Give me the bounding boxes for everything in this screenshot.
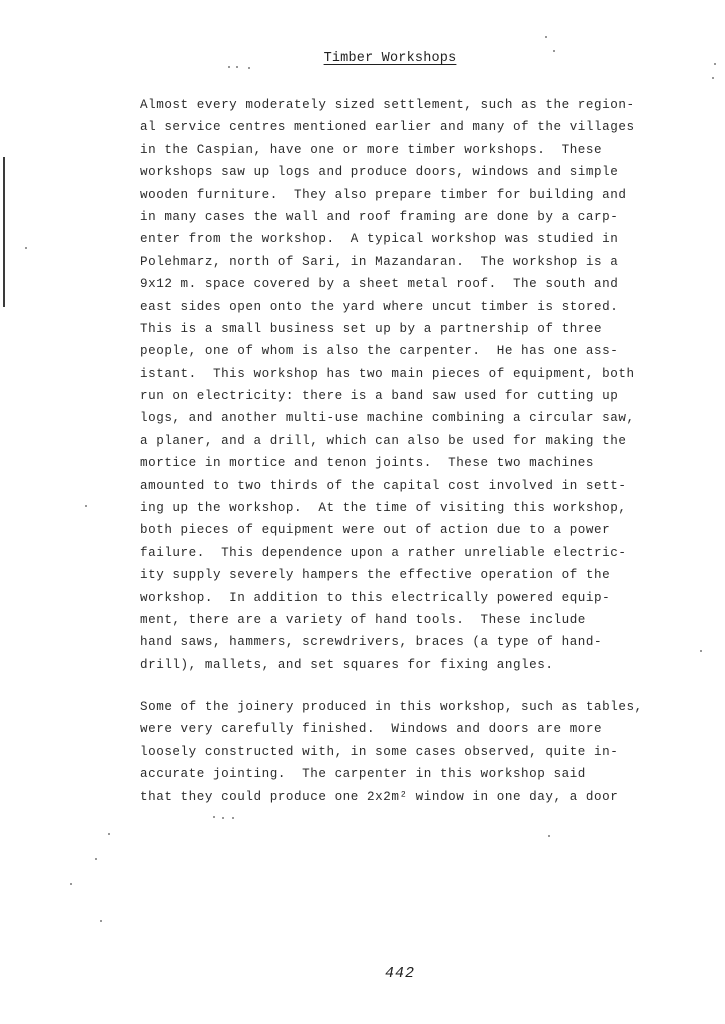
text-line: amounted to two thirds of the capital co… — [140, 475, 700, 497]
scan-speck — [95, 858, 97, 860]
scan-speck — [222, 817, 224, 819]
scan-speck — [213, 816, 215, 818]
scan-speck — [714, 63, 716, 65]
scan-speck — [85, 505, 87, 507]
text-line: failure. This dependence upon a rather u… — [140, 542, 700, 564]
scan-speck — [100, 920, 102, 922]
text-line: enter from the workshop. A typical works… — [140, 228, 700, 250]
text-line: loosely constructed with, in some cases … — [140, 741, 700, 763]
scan-speck — [712, 77, 714, 79]
scan-speck — [700, 650, 702, 652]
text-line: workshop. In addition to this electrical… — [140, 587, 700, 609]
scan-speck — [232, 817, 234, 819]
text-line: workshops saw up logs and produce doors,… — [140, 161, 700, 183]
scan-speck — [545, 36, 547, 38]
scan-speck — [248, 67, 250, 69]
scan-speck — [70, 883, 72, 885]
text-line: Some of the joinery produced in this wor… — [140, 696, 700, 718]
text-line: were very carefully finished. Windows an… — [140, 718, 700, 740]
scan-speck — [108, 833, 110, 835]
text-line: istant. This workshop has two main piece… — [140, 363, 700, 385]
text-line: ity supply severely hampers the effectiv… — [140, 564, 700, 586]
text-line: a planer, and a drill, which can also be… — [140, 430, 700, 452]
text-line: accurate jointing. The carpenter in this… — [140, 763, 700, 785]
paragraph-1: Almost every moderately sized settlement… — [140, 94, 700, 676]
text-line: both pieces of equipment were out of act… — [140, 519, 700, 541]
text-line: people, one of whom is also the carpente… — [140, 340, 700, 362]
text-line: drill), mallets, and set squares for fix… — [140, 654, 700, 676]
text-line: in the Caspian, have one or more timber … — [140, 139, 700, 161]
text-line: mortice in mortice and tenon joints. The… — [140, 452, 700, 474]
page-number: 442 — [0, 965, 725, 982]
scan-speck — [236, 66, 238, 68]
document-title: Timber Workshops — [0, 51, 725, 66]
scan-speck — [25, 247, 27, 249]
text-line: ing up the workshop. At the time of visi… — [140, 497, 700, 519]
text-line: run on electricity: there is a band saw … — [140, 385, 700, 407]
text-line: ment, there are a variety of hand tools.… — [140, 609, 700, 631]
scan-speck — [228, 66, 230, 68]
scan-edge-line — [3, 157, 5, 307]
scanned-page: Timber Workshops Almost every moderately… — [0, 0, 725, 1024]
text-line: that they could produce one 2x2m² window… — [140, 786, 700, 808]
scan-speck — [553, 50, 555, 52]
text-line: Polehmarz, north of Sari, in Mazandaran.… — [140, 251, 700, 273]
text-line: in many cases the wall and roof framing … — [140, 206, 700, 228]
text-line: 9x12 m. space covered by a sheet metal r… — [140, 273, 700, 295]
text-line: al service centres mentioned earlier and… — [140, 116, 700, 138]
paragraph-2: Some of the joinery produced in this wor… — [140, 696, 700, 808]
text-line: hand saws, hammers, screwdrivers, braces… — [140, 631, 700, 653]
text-line: Almost every moderately sized settlement… — [140, 94, 700, 116]
text-line: wooden furniture. They also prepare timb… — [140, 184, 700, 206]
text-line: logs, and another multi-use machine comb… — [140, 407, 700, 429]
text-line: east sides open onto the yard where uncu… — [140, 296, 700, 318]
text-line: This is a small business set up by a par… — [140, 318, 700, 340]
scan-speck — [548, 835, 550, 837]
